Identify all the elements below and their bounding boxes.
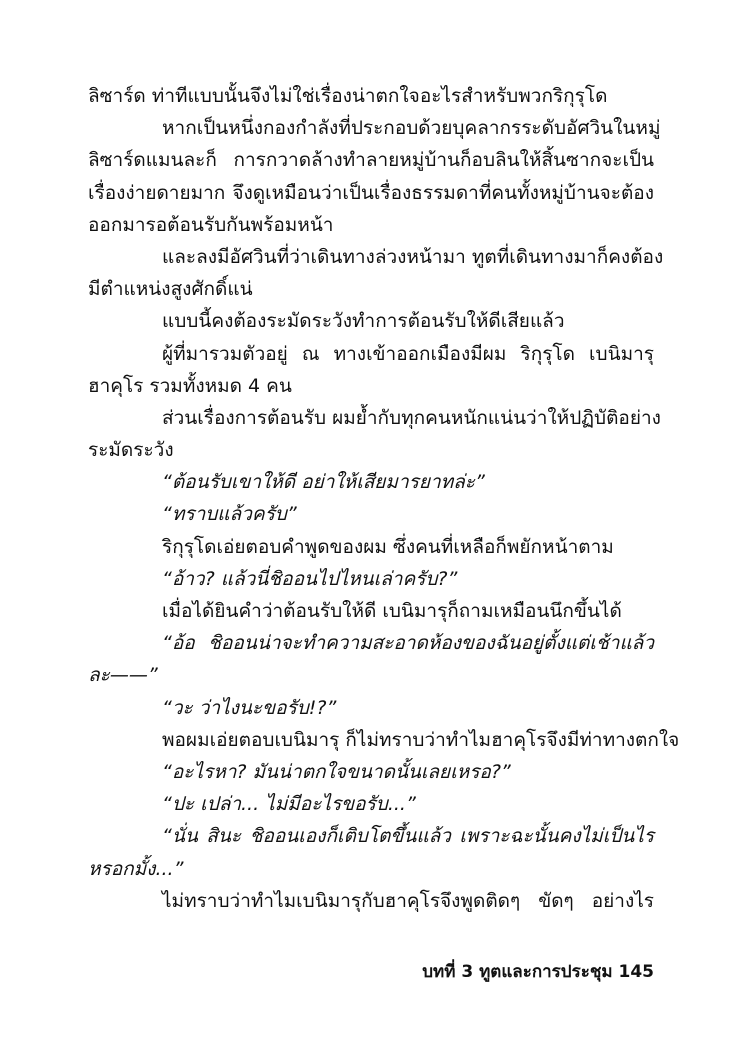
dialogue-line: “ต้อนรับเขาให้ดี อย่าให้เสียมารยาทล่ะ”	[88, 466, 654, 498]
text-line: พอผมเอ่ยตอบเบนิมารุ ก็ไม่ทราบว่าทำไมฮาคุ…	[88, 724, 654, 756]
dialogue-line: “อ้อ ชิออนน่าจะทำความสะอาดห้องของฉันอยู่…	[88, 627, 654, 659]
dialogue-line: “ปะ เปล่า... ไม่มีอะไรขอรับ...”	[88, 788, 654, 820]
text-line: ลิซาร์ด ท่าทีแบบนั้นจึงไม่ใช่เรื่องน่าตก…	[88, 80, 654, 112]
dialogue-line: “วะ ว่าไงนะขอรับ!?”	[88, 692, 654, 724]
text-line: ไม่ทราบว่าทำไมเบนิมารุกับฮาคุโรจึงพูดติด…	[88, 885, 654, 917]
page-footer-running-title: บทที่ 3 ทูตและการประชุม 145	[388, 958, 654, 985]
text-line: ส่วนเรื่องการต้อนรับ ผมย้ำกับทุกคนหนักแน…	[88, 402, 654, 434]
dialogue-line: ละ——”	[88, 659, 654, 691]
dialogue-line: “อะไรหา? มันน่าตกใจขนาดนั้นเลยเหรอ?”	[88, 756, 654, 788]
text-line: ออกมารอต้อนรับกันพร้อมหน้า	[88, 209, 654, 241]
text-line: ฮาคุโร รวมทั้งหมด 4 คน	[88, 370, 654, 402]
text-line: ริกุรุโดเอ่ยตอบคำพูดของผม ซึ่งคนที่เหลือ…	[88, 531, 654, 563]
text-line: ลิซาร์ดแมนละก็ การกวาดล้างทำลายหมู่บ้านก…	[88, 144, 654, 176]
text-line: เรื่องง่ายดายมาก จึงดูเหมือนว่าเป็นเรื่อ…	[88, 177, 654, 209]
text-line: ระมัดระวัง	[88, 434, 654, 466]
dialogue-line: “นั่น สินะ ชิออนเองก็เติบโตขึ้นแล้ว เพรา…	[88, 820, 654, 852]
text-line: มีตำแหน่งสูงศักดิ์แน่	[88, 273, 654, 305]
page-body: ลิซาร์ด ท่าทีแบบนั้นจึงไม่ใช่เรื่องน่าตก…	[88, 80, 654, 917]
dialogue-line: “อ้าว? แล้วนี่ชิออนไปไหนเล่าครับ?”	[88, 563, 654, 595]
text-line: หากเป็นหนึ่งกองกำลังที่ประกอบด้วยบุคลากร…	[88, 112, 654, 144]
text-line: แบบนี้คงต้องระมัดระวังทำการต้อนรับให้ดีเ…	[88, 305, 654, 337]
dialogue-line: “ทราบแล้วครับ”	[88, 498, 654, 530]
text-line: ผู้ที่มารวมตัวอยู่ ณ ทางเข้าออกเมืองมีผม…	[88, 338, 654, 370]
text-line: เมื่อได้ยินคำว่าต้อนรับให้ดี เบนิมารุก็ถ…	[88, 595, 654, 627]
dialogue-line: หรอกมั้ง...”	[88, 853, 654, 885]
text-line: และลงมีอัศวินที่ว่าเดินทางล่วงหน้ามา ทูต…	[88, 241, 654, 273]
